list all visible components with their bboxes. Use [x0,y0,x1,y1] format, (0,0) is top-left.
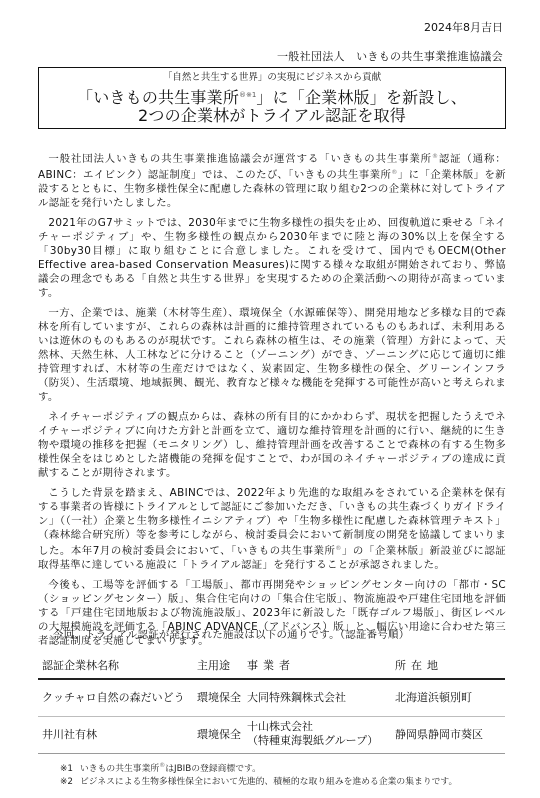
operator-line1: 十山株式会社 [247,720,313,733]
operator-line2: （特種東海製紙グループ） [247,734,378,747]
column-header-name: 認証企業林名称 [42,659,119,673]
primary-use: 環境保全 [197,728,241,742]
table-row: 井川社有林 環境保全 十山株式会社（特種東海製紙グループ） 静岡県静岡市葵区 [38,717,505,754]
release-date: 2024年8月吉日 [424,20,503,36]
headline-subtitle: 「自然と共生する世界」の実現にビジネスから貢献 [39,72,505,84]
forest-name: クッチャロ自然の森だいどう [42,691,185,705]
operator: 十山株式会社（特種東海製紙グループ） [247,720,378,748]
issuing-organization: 一般社団法人 いきもの共生事業推進協議会 [277,49,503,65]
headline-box: 「自然と共生する世界」の実現にビジネスから貢献 「いきもの共生事業所®※1」に「… [38,67,506,129]
certified-forests-table: 認証企業林名称 主用途 事業者 所在地 クッチャロ自然の森だいどう 環境保全 大… [38,656,505,754]
body-text: 一般社団法人いきもの共生事業推進協議会が運営する「いきもの共生事業所®認証（通称… [38,150,506,648]
footnotes: ※1いきもの共生事業所®はJBIBの登録商標です。 ※2ビジネスによる生物多様性… [60,759,457,789]
table-row: クッチャロ自然の森だいどう 環境保全 大同特殊鋼株式会社 北海道浜頓別町 [38,680,505,717]
paragraph: 一方、企業では、施業（木材等生産）、環境保全（水源確保等）、開発用地など多様な目… [38,306,506,404]
column-header-location: 所在地 [395,659,443,673]
column-header-use: 主用途 [197,659,230,673]
table-intro: 今回、トライアル認証が発行された施設は以下の通りです。（認証番号順） [53,628,409,642]
title-part-b: 」に「企業林版」を新設し、 [256,88,467,107]
headline-title-line2: 2つの企業林がトライアル認証を取得 [39,106,505,126]
headline-title-line1: 「いきもの共生事業所®※1」に「企業林版」を新設し、 [39,85,505,108]
footnote: ※1いきもの共生事業所®はJBIBの登録商標です。 [60,759,457,776]
forest-name: 井川社有林 [42,728,97,742]
paragraph-text: 一般社団法人いきもの共生事業推進協議会が運営する「いきもの共生事業所 [48,153,432,165]
paragraph: ネイチャーポジティブの観点からは、森林の所有目的にかかわらず、現状を把握したうえ… [38,410,506,480]
paragraph: こうした背景を踏まえ、ABINCでは、2022年より先進的な取組みをされている企… [38,486,506,572]
operator: 大同特殊鋼株式会社 [247,691,346,705]
footnote-mark: ※1 [60,763,80,776]
primary-use: 環境保全 [197,691,241,705]
title-part-a: 「いきもの共生事業所 [77,88,239,107]
paragraph: 一般社団法人いきもの共生事業推進協議会が運営する「いきもの共生事業所®認証（通称… [38,150,506,210]
footnote-mark: ※2 [60,776,80,789]
column-header-operator: 事業者 [247,659,295,673]
footnote-text: いきもの共生事業所 [80,764,159,774]
footnote-text: ビジネスによる生物多様性保全において先進的、積極的な取り組みを進める企業の集まり… [80,777,457,787]
registered-mark: ®※1 [239,91,256,99]
paragraph: 2021年のG7サミットでは、2030年までに生物多様性の損失を止め、回復軌道に… [38,216,506,300]
location: 北海道浜頓別町 [395,691,472,705]
footnote-text: はJBIBの登録商標です。 [165,764,261,774]
location: 静岡県静岡市葵区 [395,728,483,742]
footnote: ※2ビジネスによる生物多様性保全において先進的、積極的な取り組みを進める企業の集… [60,776,457,789]
table-header: 認証企業林名称 主用途 事業者 所在地 [38,656,505,680]
